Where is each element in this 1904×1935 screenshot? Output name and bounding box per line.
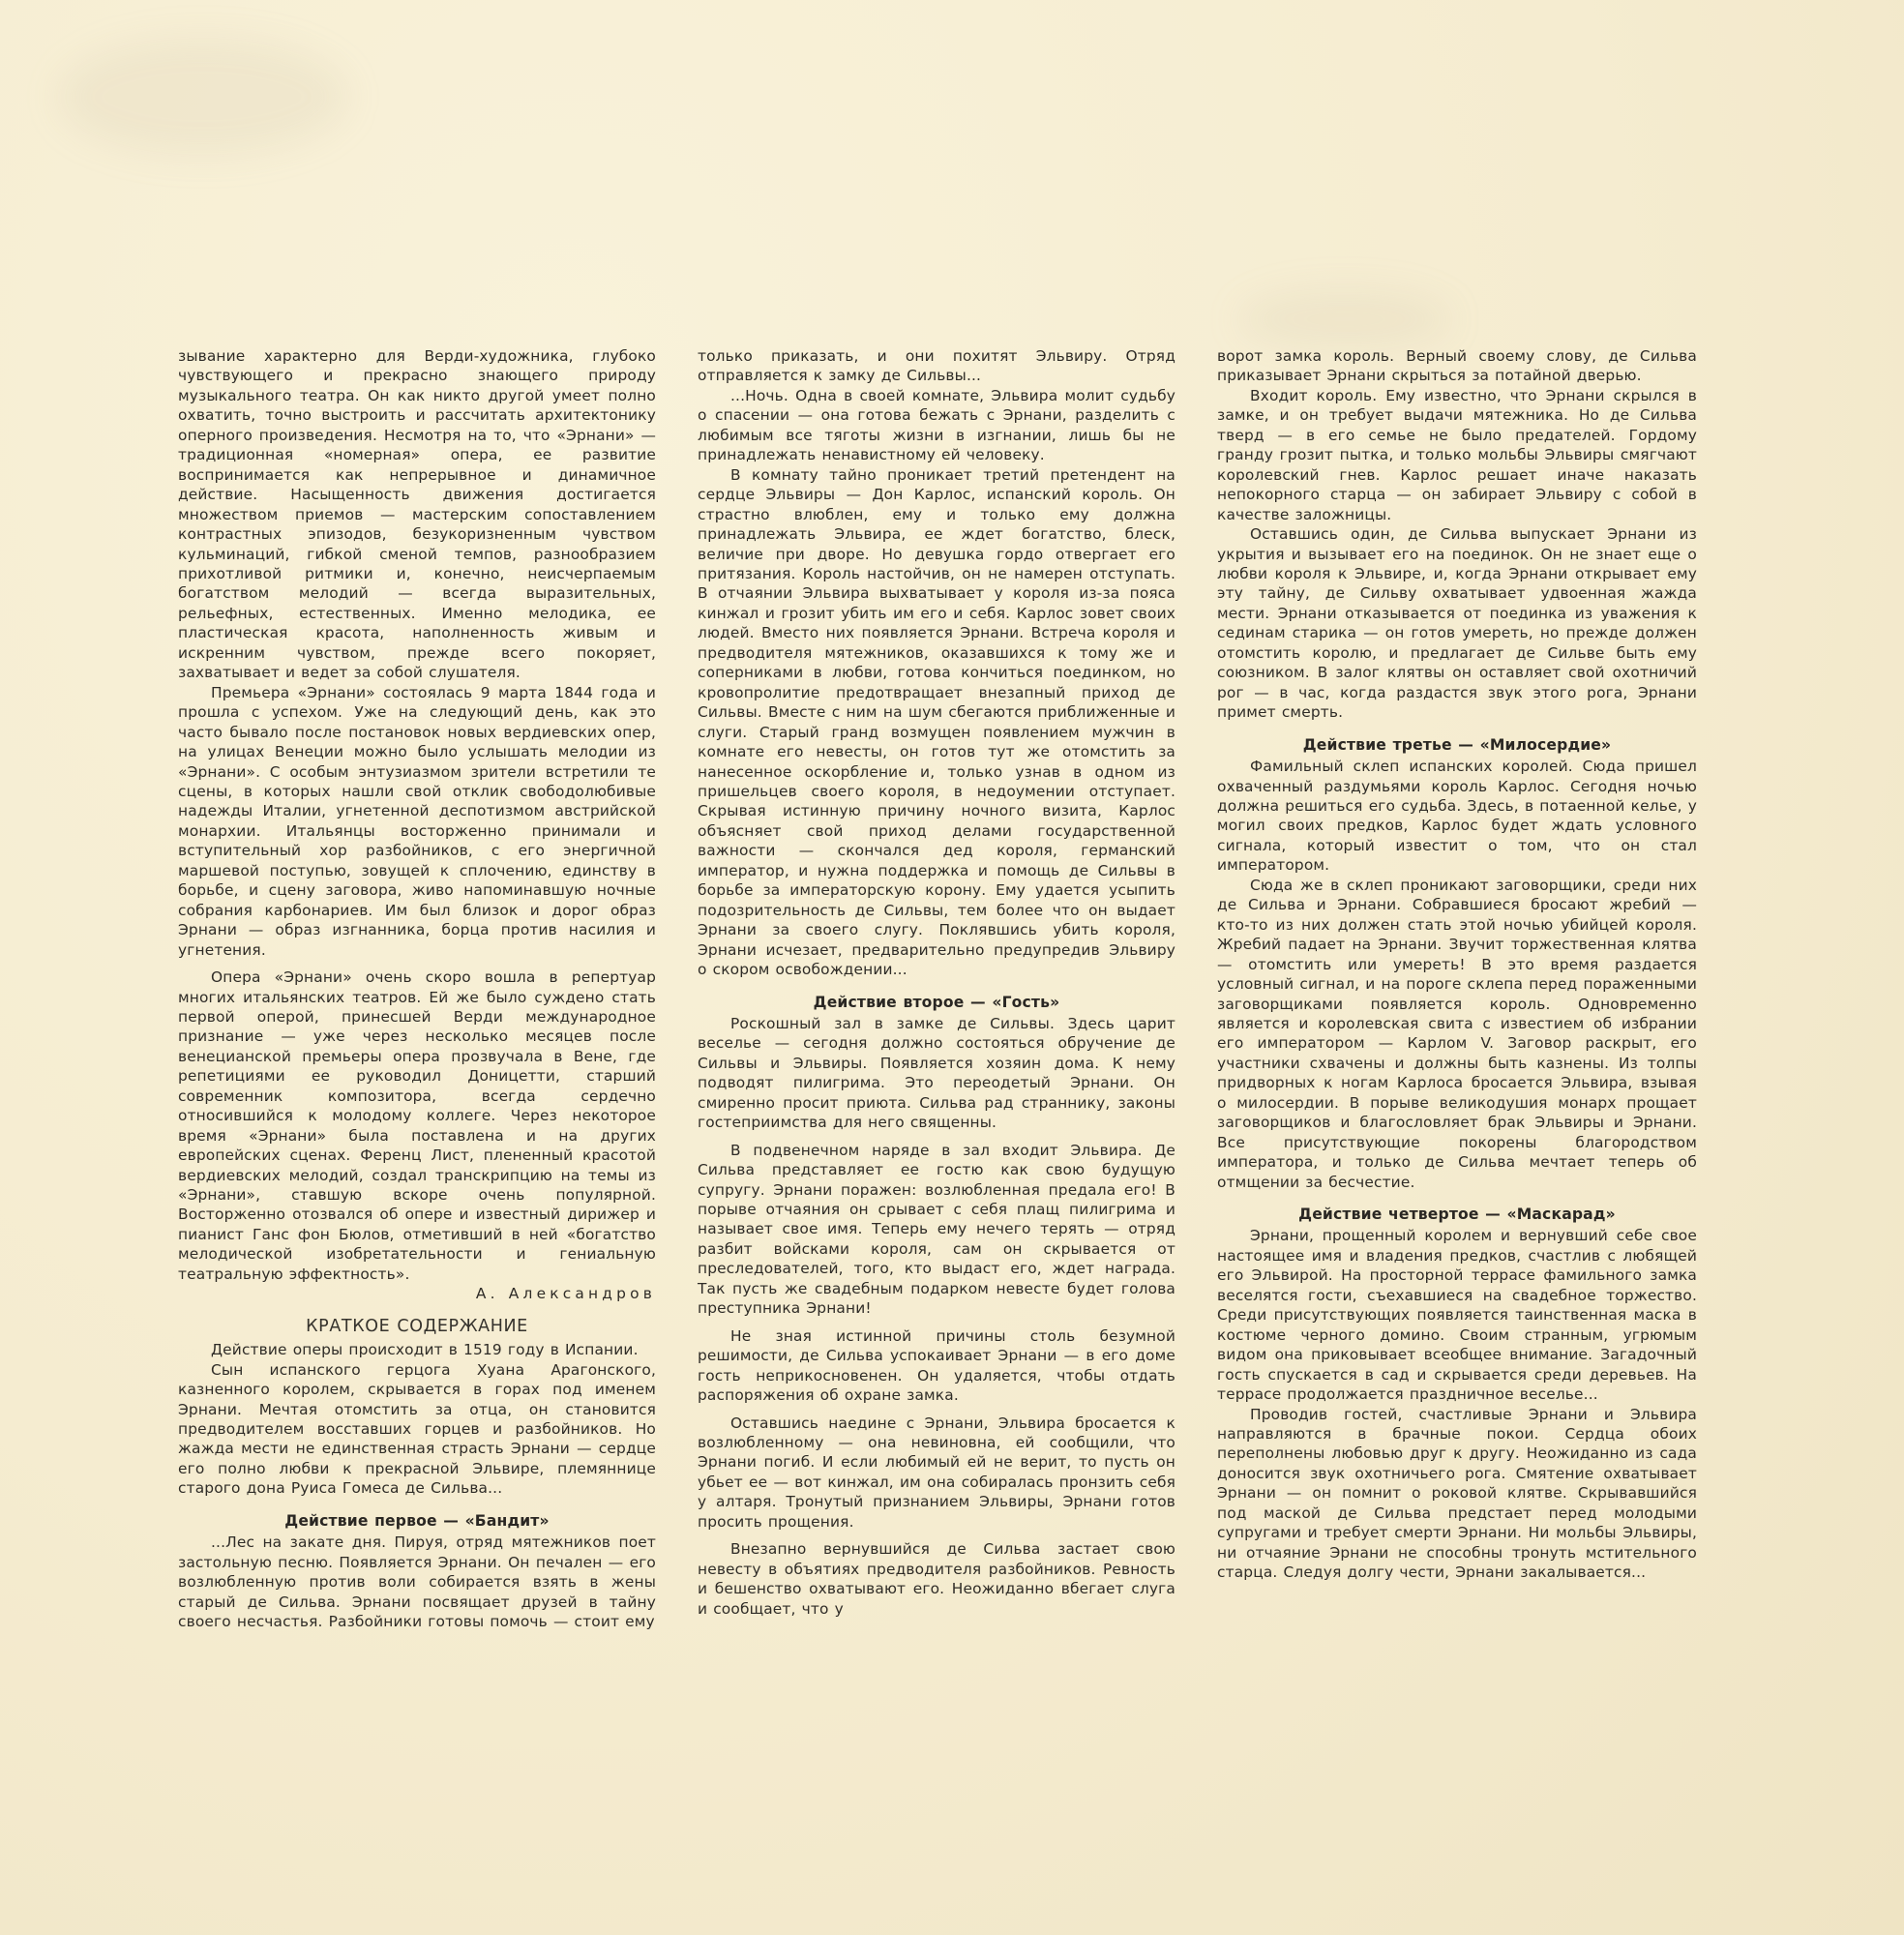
paragraph: В подвенечном наряде в зал входит Эльвир…	[698, 1141, 1175, 1319]
paper-stain	[58, 39, 348, 155]
act-one-heading: Действие первое — «Бандит»	[178, 1511, 656, 1531]
paragraph: Оставшись один, де Сильва выпускает Эрна…	[1217, 524, 1697, 723]
paragraph: Сюда же в склеп проникают заговорщики, с…	[1217, 876, 1697, 1192]
summary-heading: КРАТКОЕ СОДЕРЖАНИЕ	[178, 1317, 656, 1336]
act-two-heading: Действие второе — «Гость»	[698, 993, 1175, 1012]
author-signature: А. Александров	[178, 1284, 656, 1303]
paragraph: только приказать, и они похитят Эльвиру.…	[698, 346, 1175, 386]
paragraph: Оставшись наедине с Эрнани, Эльвира брос…	[698, 1414, 1175, 1533]
paragraph: Опера «Эрнани» очень скоро вошла в репер…	[178, 967, 656, 1284]
paragraph: Роскошный зал в замке де Сильвы. Здесь ц…	[698, 1014, 1175, 1133]
paragraph: Эрнани, прощенный королем и вернувший се…	[1217, 1226, 1697, 1404]
paragraph: Внезапно вернувшийся де Сильва застает с…	[698, 1539, 1175, 1619]
paragraph: В комнату тайно проникает третий претенд…	[698, 465, 1175, 980]
act-three-heading: Действие третье — «Милосердие»	[1217, 735, 1697, 755]
paragraph: ...Лес на закате дня. Пируя, отряд мятеж…	[178, 1533, 656, 1631]
paper-stain	[1238, 290, 1451, 348]
paragraph: ...Ночь. Одна в своей комнате, Эльвира м…	[698, 386, 1175, 465]
column-left: зывание характерно для Верди-художника, …	[178, 346, 656, 1632]
paragraph: Проводив гостей, счастливые Эрнани и Эль…	[1217, 1405, 1697, 1583]
paragraph: Действие оперы происходит в 1519 году в …	[178, 1340, 656, 1359]
paragraph: Входит король. Ему известно, что Эрнани …	[1217, 386, 1697, 524]
paragraph: Премьера «Эрнани» состоялась 9 марта 184…	[178, 683, 656, 960]
column-middle: только приказать, и они похитят Эльвиру.…	[698, 346, 1175, 1619]
act-four-heading: Действие четвертое — «Маскарад»	[1217, 1205, 1697, 1224]
paragraph: ворот замка король. Верный своему слову,…	[1217, 346, 1697, 386]
liner-notes-page: зывание характерно для Верди-художника, …	[0, 0, 1904, 1935]
paragraph: зывание характерно для Верди-художника, …	[178, 346, 656, 683]
paragraph: Сын испанского герцога Хуана Арагонского…	[178, 1360, 656, 1499]
paragraph: Не зная истинной причины столь безумной …	[698, 1326, 1175, 1406]
column-right: ворот замка король. Верный своему слову,…	[1217, 346, 1697, 1583]
paragraph: Фамильный склеп испанских королей. Сюда …	[1217, 757, 1697, 876]
